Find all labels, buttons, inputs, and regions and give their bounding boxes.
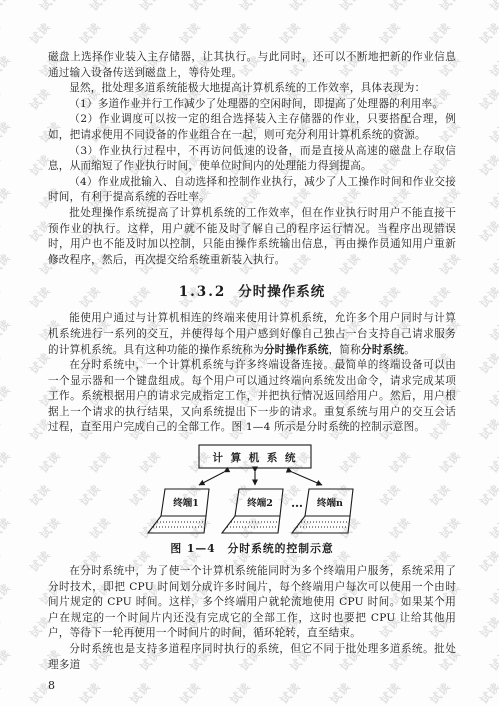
paragraph: （4）作业成批输入、自动选择和控制作业执行，减少了人工操作时间和作业交接时间，有… — [48, 175, 456, 206]
arrow-terminal-n — [292, 472, 322, 485]
arrow-terminal1 — [199, 472, 224, 485]
paragraph: 分时系统也是支持多道程序同时执行的系统，但它不同于批处理多道系统。批处理多道 — [48, 642, 456, 673]
emphasized-term: 分时系统 — [361, 344, 404, 356]
emphasized-term: 分时操作系统 — [264, 344, 329, 356]
paragraph: 批处理操作系统提高了计算机系统的工作效率，但在作业执行时用户不能直接干预作业的执… — [48, 206, 456, 268]
terminal-2-icon: 终端2 — [222, 489, 283, 533]
paragraph: 磁盘上选择作业装入主存储器，让其执行。与此同时，还可以不断地把新的作业信息通过输… — [48, 50, 456, 81]
paragraph-text: 分时系统也是支持多道程序同时执行的系统，但它不同于批处理多道系统。批处理多道 — [48, 643, 456, 671]
section-paragraphs: 能使用户通过与计算机相连的终端来使用计算机系统，允许多个用户同时与计算机系统进行… — [48, 311, 455, 436]
paragraph-text: （1）多道作业并行工作减少了处理器的空闲时间，即提高了处理器的利用率。 — [69, 98, 443, 110]
paragraph: 显然，批处理多道系统能极大地提高计算机系统的工作效率，具体表现为： — [48, 81, 456, 97]
section-heading: 1.3.2分时操作系统 — [48, 280, 456, 300]
paragraph-text: 。 — [404, 344, 415, 356]
terminal-2-label: 终端2 — [247, 497, 273, 509]
paragraph-text: 显然，批处理多道系统能极大地提高计算机系统的工作效率，具体表现为： — [69, 82, 425, 94]
bottom-paragraphs: 在分时系统中，为了使一个计算机系统能同时为多个终端用户服务，系统采用了分时技术，… — [48, 564, 455, 673]
intro-paragraphs: 磁盘上选择作业装入主存储器，让其执行。与此同时，还可以不断地把新的作业信息通过输… — [48, 50, 455, 268]
paragraph-text: ，简称 — [329, 344, 361, 356]
paragraph-text: （3）作业执行过程中，不再访问低速的设备，而是直接从高速的磁盘上存取信息，从而缩… — [48, 145, 456, 173]
terminal-ellipsis: … — [291, 496, 303, 510]
section-title: 分时操作系统 — [238, 284, 325, 300]
computer-system-label: 计 算 机 系 统 — [212, 451, 297, 464]
page-number: 8 — [48, 679, 455, 692]
paragraph-text: 批处理操作系统提高了计算机系统的工作效率，但在作业执行时用户不能直接干预作业的执… — [48, 207, 456, 266]
timesharing-control-diagram: 计 算 机 系 统 终端1 终端2 — [48, 441, 456, 556]
paragraph: 在分时系统中，一个计算机系统与许多终端设备连接。最简单的终端设备可以由一个显示器… — [48, 358, 456, 436]
scanned-book-page: 试读试读试读试读试读试读试读试读试读试读试读试读试读试读试读试读试读试读试读试读… — [0, 0, 499, 706]
paragraph: 能使用户通过与计算机相连的终端来使用计算机系统，允许多个用户同时与计算机系统进行… — [48, 311, 456, 358]
figure-caption: 图 1—4 分时系统的控制示意 — [48, 541, 456, 556]
paragraph-text: 在分时系统中，一个计算机系统与许多终端设备连接。最简单的终端设备可以由一个显示器… — [48, 359, 456, 433]
terminal-n-label: 终端n — [317, 497, 343, 509]
paragraph: （1）多道作业并行工作减少了处理器的空闲时间，即提高了处理器的利用率。 — [48, 97, 456, 113]
paragraph: （3）作业执行过程中，不再访问低速的设备，而是直接从高速的磁盘上存取信息，从而缩… — [48, 144, 456, 175]
terminal-1-label: 终端1 — [173, 497, 199, 509]
page-text-block: 磁盘上选择作业装入主存储器，让其执行。与此同时，还可以不断地把新的作业信息通过输… — [0, 0, 499, 692]
terminal-1-icon: 终端1 — [148, 489, 209, 533]
paragraph: 在分时系统中，为了使一个计算机系统能同时为多个终端用户服务，系统采用了分时技术，… — [48, 564, 456, 642]
diagram-canvas: 计 算 机 系 统 终端1 终端2 — [48, 441, 456, 539]
paragraph: （2）作业调度可以按一定的组合选择装入主存储器的作业，只要搭配合理，例如，把请求… — [48, 112, 456, 143]
section-number: 1.3.2 — [179, 284, 227, 300]
paragraph-text: 在分时系统中，为了使一个计算机系统能同时为多个终端用户服务，系统采用了分时技术，… — [48, 565, 456, 639]
paragraph-text: （4）作业成批输入、自动选择和控制作业执行，减少了人工操作时间和作业交接时间，有… — [48, 176, 456, 204]
paragraph-text: （2）作业调度可以按一定的组合选择装入主存储器的作业，只要搭配合理，例如，把请求… — [48, 113, 456, 141]
paragraph-text: 磁盘上选择作业装入主存储器，让其执行。与此同时，还可以不断地把新的作业信息通过输… — [48, 51, 456, 79]
